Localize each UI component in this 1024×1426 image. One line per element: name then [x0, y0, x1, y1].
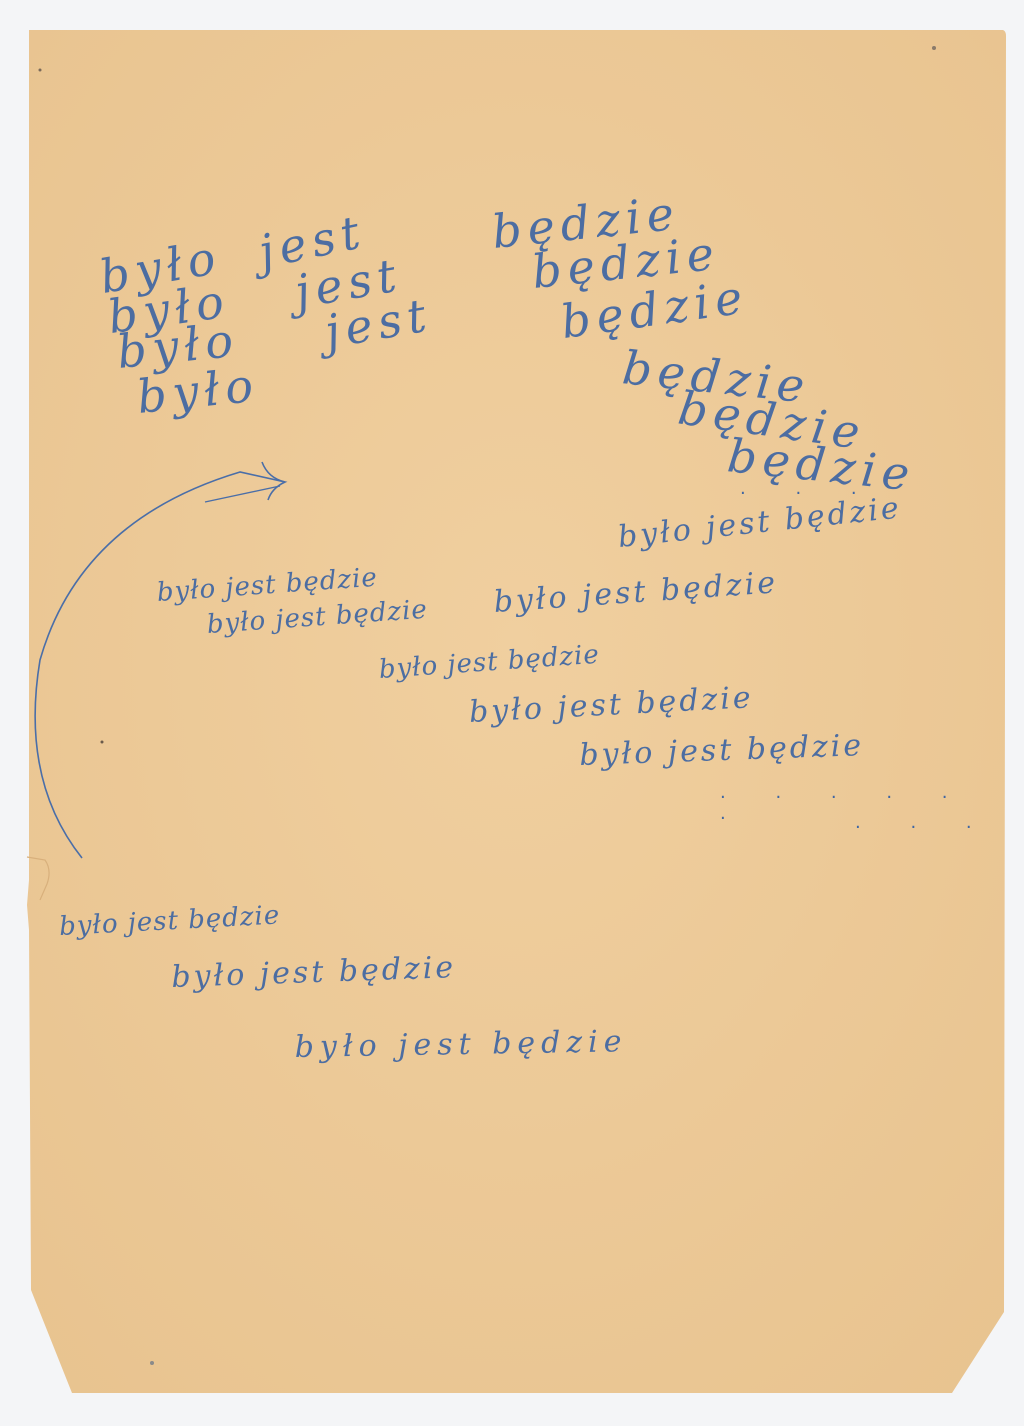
handwritten-line: było jest będzie	[294, 1024, 627, 1065]
dotted-marks: . . .	[855, 812, 994, 833]
scanned-page: było jest będzie było jest będzie było j…	[0, 0, 1024, 1426]
